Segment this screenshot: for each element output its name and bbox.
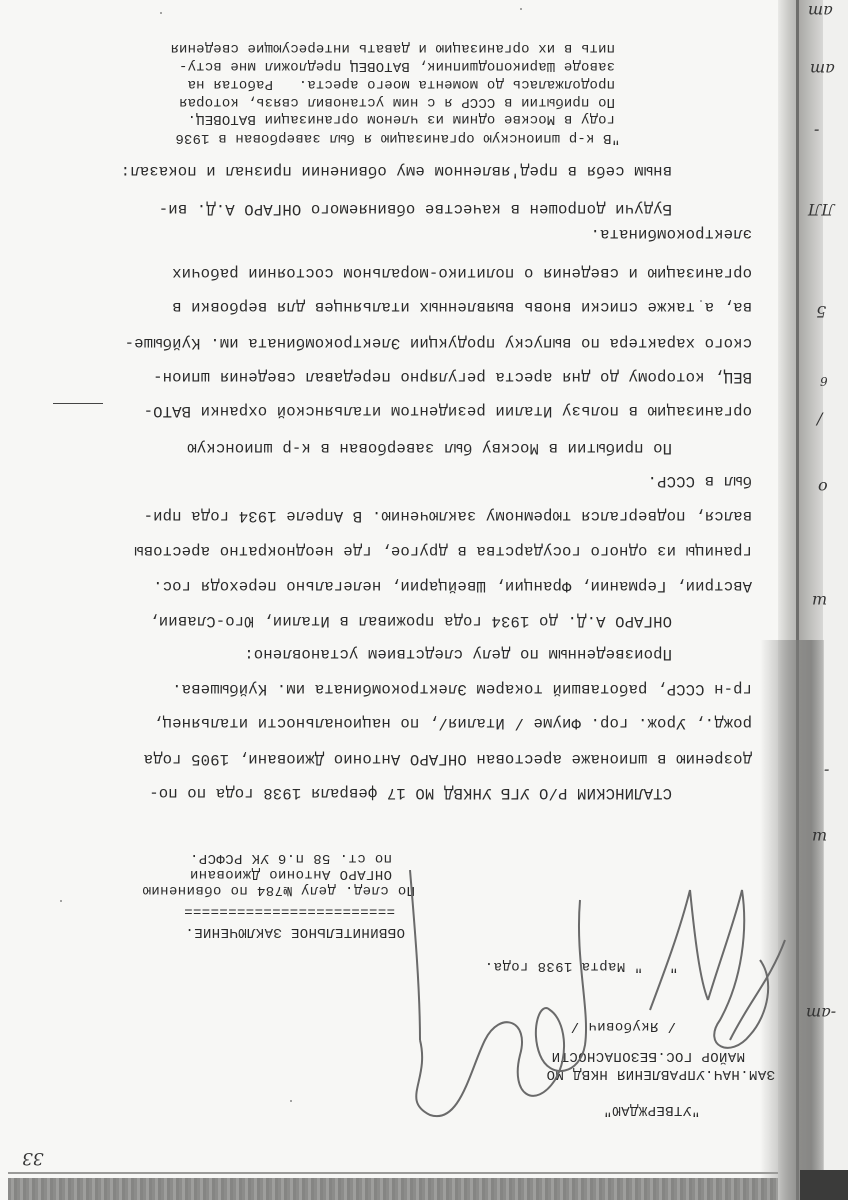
title-underline: ======================== (184, 902, 395, 918)
quote-line: продолжалась до момента моего ареста. Ра… (187, 76, 615, 92)
body-line: был в СССР. (647, 472, 752, 490)
quote-line: году в Москве одним из членом организаци… (187, 111, 615, 127)
body-line: ВЕЦ, которому до дня ареста регулярно пе… (153, 368, 752, 386)
body-line: вным себя в пред'явленном ему обвинении … (121, 162, 672, 180)
scan-speck (160, 12, 162, 14)
body-line: рожд., Урож. гор. Фиуме / Италия/, по на… (153, 714, 752, 732)
body-line: ОНГАРО А.Д. до 1934 года проживал в Итал… (149, 612, 672, 630)
quote-line: заводе Шарикоподшипник, ВАТОВЕЦ предложи… (179, 58, 615, 74)
body-line: гр-н СССР, работавший токарем Электроком… (172, 680, 752, 698)
signature-scribble (390, 870, 790, 1130)
handwritten-underline (53, 403, 103, 404)
case-line-2: ОНГАРО Антонио Джиовани (190, 866, 392, 882)
body-line: вался, подвергался тюремному заключению.… (144, 507, 753, 525)
body-line: Будучи допрошен в качестве обвиняемого О… (159, 200, 672, 218)
body-line: СТАЛИНСКИМ Р/О УГБ УНКВД МО 17 февраля 1… (149, 784, 672, 802)
document-title: ОБВИНИТЕЛЬНОЕ ЗАКЛЮЧЕНИЕ. (185, 924, 405, 940)
scan-speck (290, 1100, 292, 1102)
body-line: Австрии, Германии, Франции, Швейцарии, н… (153, 577, 752, 595)
quote-line: "В к-р шпионскую организацию я был завер… (175, 130, 620, 146)
scan-speck (60, 900, 62, 902)
scan-speck (520, 8, 522, 10)
body-line: организацию и сведения о политико-мораль… (172, 264, 752, 282)
scan-speck (700, 300, 702, 302)
body-line: электрокомбината. (590, 225, 752, 243)
body-line: Произведенным по делу следствием установ… (244, 645, 672, 663)
body-line: границы из одного государства в другое, … (134, 542, 752, 560)
quote-line: По прибытии в СССР я с ним установил свя… (179, 94, 615, 110)
case-line-3: по ст. 58 п.6 УК РСФСР. (190, 850, 392, 866)
quote-line: пить в их организацию и давать интересую… (170, 40, 615, 56)
scanned-page: 33 ат ат - ЛЛ 5 6 / о ш - ш -ат "УТВЕРЖД… (0, 0, 848, 1200)
body-line: По прибытии в Москву был завербован в к-… (187, 439, 672, 457)
body-line: организацию в пользу Италии резидентом и… (144, 402, 753, 420)
body-line: дозрению в шпионаже арестован ОНГАРО Ант… (144, 750, 753, 768)
case-line-1: По след. делу №784 по обвинению (142, 882, 415, 898)
body-line: ского характера по выпуску продукции Эле… (124, 334, 752, 352)
body-line: ва, а также списки вновь выявленных итал… (172, 298, 752, 316)
